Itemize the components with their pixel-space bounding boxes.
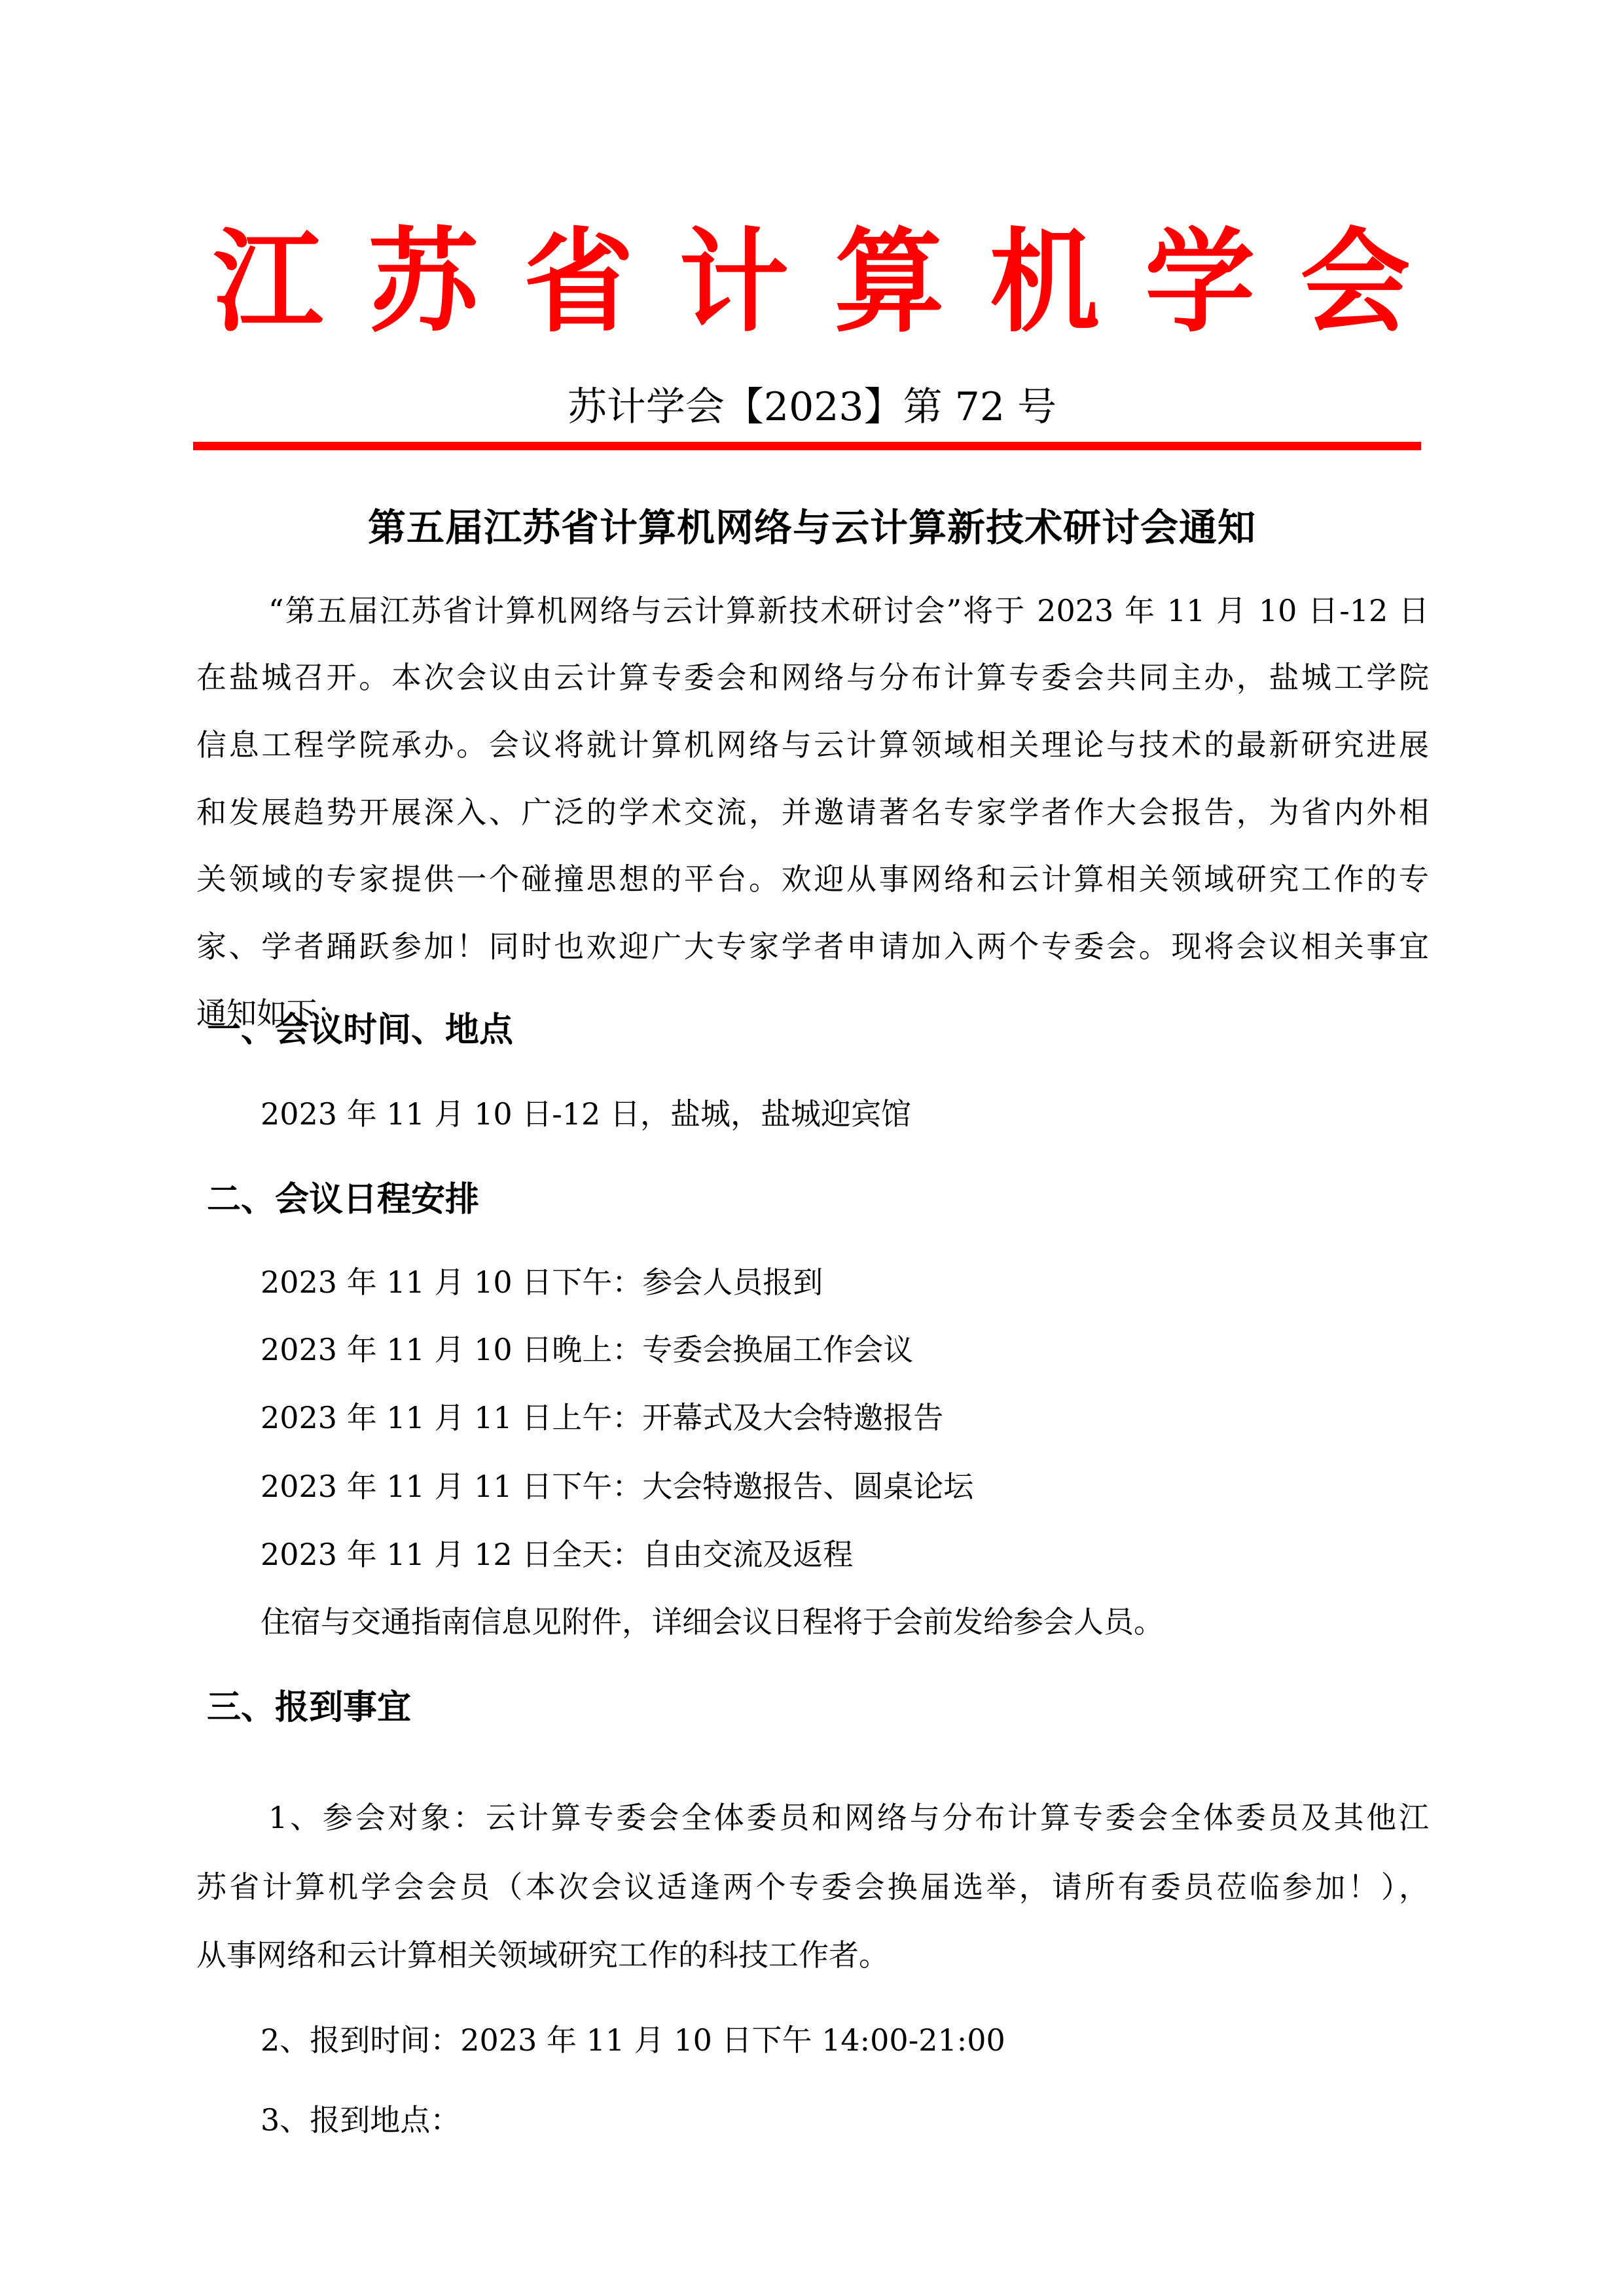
section-heading-registration: 三、报到事宜 <box>207 1685 411 1731</box>
section-heading-time-location: 一、会议时间、地点 <box>207 1007 513 1053</box>
intro-line: “第五届江苏省计算机网络与云计算新技术研讨会”将于 2023 年 11 月 10… <box>268 591 1429 630</box>
document-page: 江 苏 省 计 算 机 学 会 苏计学会【2023】第 72 号 第五届江苏省计… <box>0 0 1624 2296</box>
masthead-char: 会 <box>1298 215 1413 348</box>
masthead-char: 学 <box>1143 215 1257 348</box>
registration-line: 从事网络和云计算相关领域研究工作的科技工作者。 <box>196 1935 889 1975</box>
intro-line: 和发展趋势开展深入、广泛的学术交流，并邀请著名专家学者作大会报告，为省内外相 <box>196 793 1429 832</box>
schedule-item: 2023 年 11 月 11 日下午：大会特邀报告、圆桌论坛 <box>261 1467 973 1506</box>
section-heading-schedule: 二、会议日程安排 <box>207 1177 479 1223</box>
intro-line: 在盐城召开。本次会议由云计算专委会和网络与分布计算专委会共同主办，盐城工学院 <box>196 658 1429 697</box>
registration-location: 3、报到地点： <box>261 2100 460 2140</box>
intro-line: 关领域的专家提供一个碰撞思想的平台。欢迎从事网络和云计算相关领域研究工作的专 <box>196 859 1429 899</box>
document-number: 苏计学会【2023】第 72 号 <box>0 381 1624 433</box>
schedule-item: 2023 年 11 月 11 日上午：开幕式及大会特邀报告 <box>261 1398 943 1437</box>
masthead-char: 苏 <box>366 215 480 348</box>
schedule-item: 2023 年 11 月 10 日晚上：专委会换届工作会议 <box>261 1330 913 1369</box>
masthead-org-name: 江 苏 省 计 算 机 学 会 <box>196 216 1427 347</box>
intro-line: 信息工程学院承办。会议将就计算机网络与云计算领域相关理论与技术的最新研究进展 <box>196 725 1429 764</box>
masthead-char: 江 <box>211 215 325 348</box>
schedule-item: 2023 年 11 月 12 日全天：自由交流及返程 <box>261 1535 853 1574</box>
intro-line: 家、学者踊跃参加！同时也欢迎广大专家学者申请加入两个专委会。现将会议相关事宜 <box>196 927 1429 966</box>
registration-time: 2、报到时间：2023 年 11 月 10 日下午 14:00-21:00 <box>261 2020 1005 2060</box>
red-divider-rule <box>193 442 1421 450</box>
section-line: 2023 年 11 月 10 日-12 日，盐城，盐城迎宾馆 <box>261 1094 911 1134</box>
masthead-char: 计 <box>677 215 791 348</box>
schedule-note: 住宿与交通指南信息见附件，详细会议日程将于会前发给参会人员。 <box>261 1602 1164 1641</box>
registration-line: 1、参会对象：云计算专委会全体委员和网络与分布计算专委会全体委员及其他江 <box>268 1798 1429 1837</box>
schedule-item: 2023 年 11 月 10 日下午：参会人员报到 <box>261 1263 823 1302</box>
masthead-char: 机 <box>987 215 1102 348</box>
document-title: 第五届江苏省计算机网络与云计算新技术研讨会通知 <box>0 501 1624 554</box>
masthead-char: 算 <box>832 215 947 348</box>
registration-line: 苏省计算机学会会员（本次会议适逢两个专委会换届选举，请所有委员莅临参加！）， <box>196 1867 1429 1907</box>
masthead-char: 省 <box>522 215 636 348</box>
